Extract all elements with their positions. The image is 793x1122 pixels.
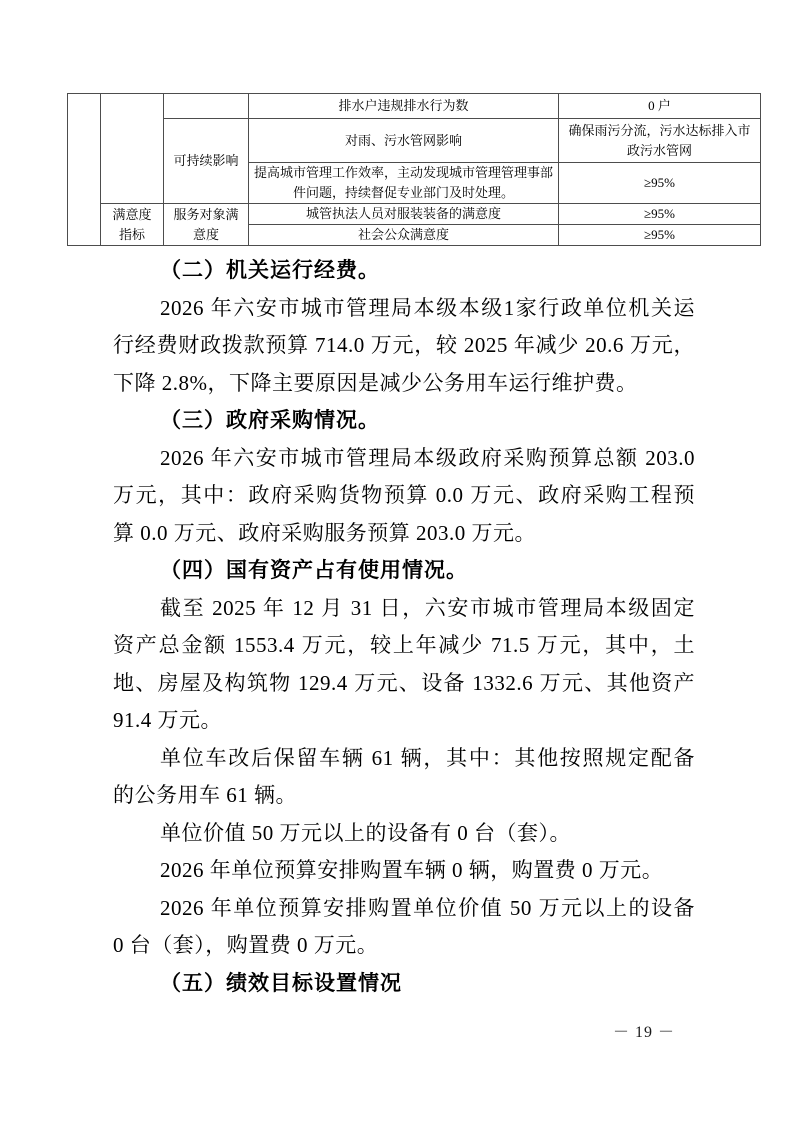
paragraph: 2026 年六安市城市管理局本级本级1家行政单位机关运 行经费财政拨款预算 71… [113, 290, 695, 403]
table-cell-category-spacer [68, 94, 101, 246]
section-heading-agency-operating-funds: （二）机关运行经费。 [113, 252, 695, 290]
table-cell-group-spacer [101, 94, 164, 204]
table-cell-value: ≥95% [559, 225, 761, 246]
table-cell-indicator: 排水户违规排水行为数 [249, 94, 559, 119]
table-cell-value: 确保雨污分流，污水达标排入市政污水管网 [559, 119, 761, 163]
section-heading-performance-targets: （五）绩效目标设置情况 [113, 965, 695, 1003]
section-heading-government-procurement: （三）政府采购情况。 [113, 402, 695, 440]
table-cell-indicator: 城管执法人员对服装装备的满意度 [249, 204, 559, 225]
paragraph-line: 的公务用车 61 辆。 [113, 777, 695, 815]
paragraph: 单位车改后保留车辆 61 辆，其中：其他按照规定配备 的公务用车 61 辆。 [113, 740, 695, 815]
table-cell-indicator: 社会公众满意度 [249, 225, 559, 246]
document-body: （二）机关运行经费。 2026 年六安市城市管理局本级本级1家行政单位机关运 行… [113, 252, 695, 1002]
paragraph-line: 91.4 万元。 [113, 702, 695, 740]
paragraph-line: 单位价值 50 万元以上的设备有 0 台（套）。 [113, 815, 695, 853]
paragraph-line: 2026 年单位预算安排购置车辆 0 辆，购置费 0 万元。 [113, 852, 695, 890]
paragraph-line: 0 台（套），购置费 0 万元。 [113, 927, 695, 965]
paragraph-line: 2026 年六安市城市管理局本级本级1家行政单位机关运 [113, 290, 695, 328]
table-cell-indicator: 对雨、污水管网影响 [249, 119, 559, 163]
paragraph-line: 算 0.0 万元、政府采购服务预算 203.0 万元。 [113, 515, 695, 553]
paragraph-line: 2026 年六安市城市管理局本级政府采购预算总额 203.0 [113, 440, 695, 478]
table-cell-indicator: 提高城市管理工作效率，主动发现城市管理管理事部件问题，持续督促专业部门及时处理。 [249, 163, 559, 204]
paragraph-line: 下降 2.8%，下降主要原因是减少公务用车运行维护费。 [113, 365, 695, 403]
paragraph-line: 万元，其中：政府采购货物预算 0.0 万元、政府采购工程预 [113, 477, 695, 515]
table-cell-sub-service-target: 服务对象满意度 [164, 204, 249, 246]
page-number: － 19 － [598, 1019, 690, 1042]
table-cell-group-satisfaction: 满意度指标 [101, 204, 164, 246]
paragraph: 2026 年单位预算安排购置车辆 0 辆，购置费 0 万元。 [113, 852, 695, 890]
table-cell-value: ≥95% [559, 204, 761, 225]
paragraph-line: 资产总金额 1553.4 万元，较上年减少 71.5 万元，其中，土 [113, 627, 695, 665]
table-cell-value: ≥95% [559, 163, 761, 204]
paragraph: 2026 年单位预算安排购置单位价值 50 万元以上的设备 0 台（套），购置费… [113, 890, 695, 965]
table-cell-sub-sustainable-impact: 可持续影响 [164, 119, 249, 204]
performance-indicator-table: 排水户违规排水行为数 0 户 可持续影响 对雨、污水管网影响 确保雨污分流，污水… [67, 93, 761, 246]
table-cell-value: 0 户 [559, 94, 761, 119]
paragraph-line: 截至 2025 年 12 月 31 日，六安市城市管理局本级固定 [113, 590, 695, 628]
section-heading-state-owned-assets: （四）国有资产占有使用情况。 [113, 552, 695, 590]
paragraph: 2026 年六安市城市管理局本级政府采购预算总额 203.0 万元，其中：政府采… [113, 440, 695, 553]
paragraph: 单位价值 50 万元以上的设备有 0 台（套）。 [113, 815, 695, 853]
table-cell-sub-spacer [164, 94, 249, 119]
paragraph: 截至 2025 年 12 月 31 日，六安市城市管理局本级固定 资产总金额 1… [113, 590, 695, 740]
paragraph-line: 行经费财政拨款预算 714.0 万元，较 2025 年减少 20.6 万元， [113, 327, 695, 365]
paragraph-line: 单位车改后保留车辆 61 辆，其中：其他按照规定配备 [113, 740, 695, 778]
document-page: 排水户违规排水行为数 0 户 可持续影响 对雨、污水管网影响 确保雨污分流，污水… [0, 0, 793, 1122]
paragraph-line: 2026 年单位预算安排购置单位价值 50 万元以上的设备 [113, 890, 695, 928]
paragraph-line: 地、房屋及构筑物 129.4 万元、设备 1332.6 万元、其他资产 [113, 665, 695, 703]
